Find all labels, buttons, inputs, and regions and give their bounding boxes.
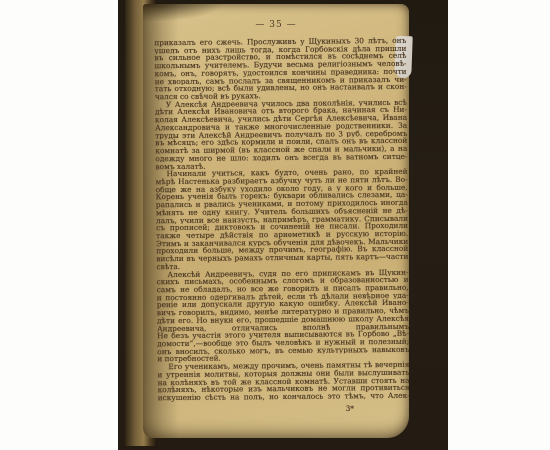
book-page: — 35 — приказалъ его сжечь. Прослуживъ у… (143, 4, 409, 438)
page-text: приказалъ его сжечь. Прослуживъ у Щукины… (154, 37, 409, 402)
photo-of-book-page: — 35 — приказалъ его сжечь. Прослуживъ у… (0, 0, 550, 450)
text-line: искушенію сѣсть на полъ, но кончалось эт… (158, 392, 410, 402)
signature-mark: 3* (156, 404, 408, 413)
book-photo-background: — 35 — приказалъ его сжечь. Прослуживъ у… (118, 0, 448, 450)
page-number: — 35 — (143, 20, 409, 30)
